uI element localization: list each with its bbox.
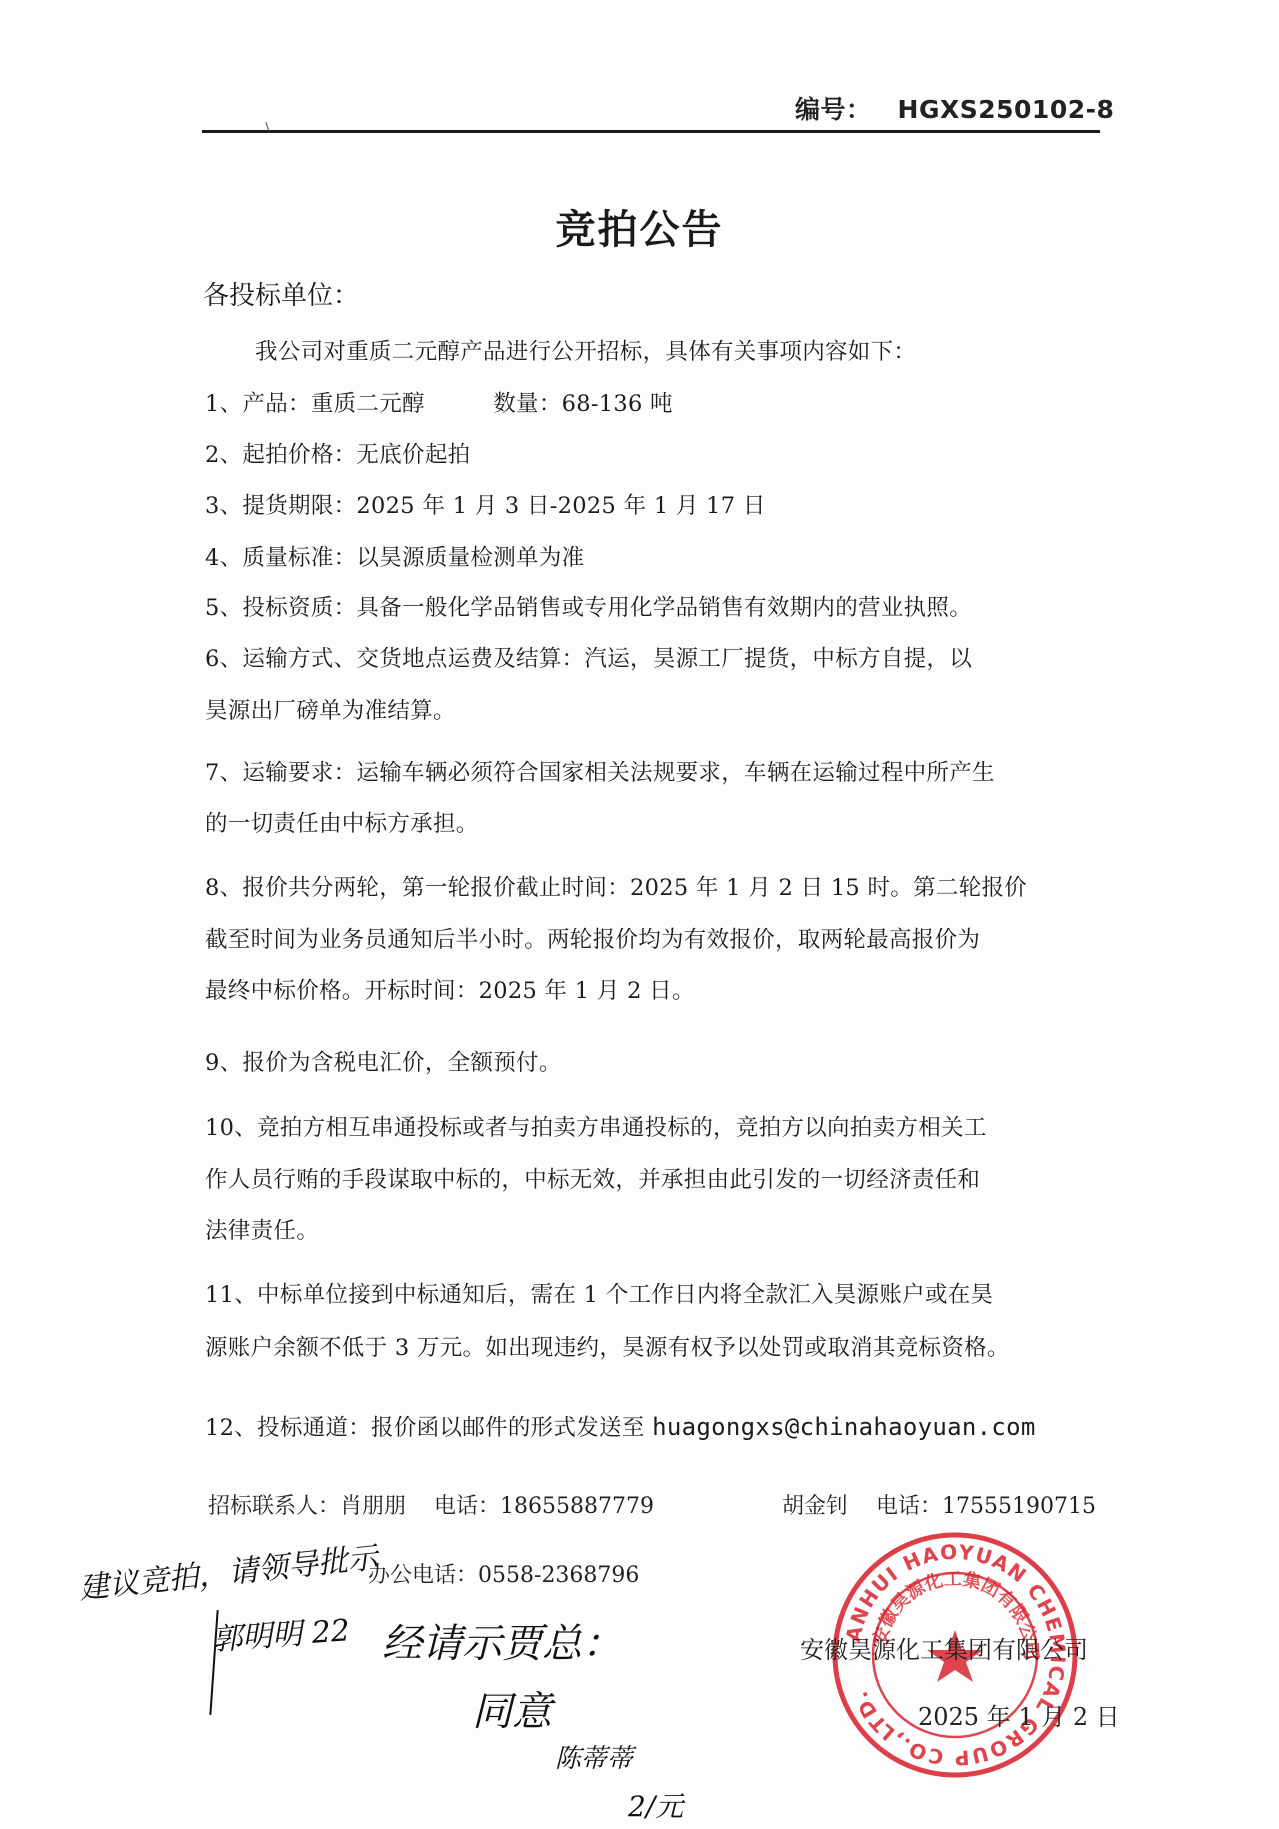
contact-label: 招标联系人：	[208, 1494, 340, 1519]
document-number-value: HGXS250102-8	[898, 95, 1115, 124]
handwritten-note-recommend: 建议竞拍，请领导批示	[77, 1532, 380, 1607]
contact-name: 胡金钊	[782, 1494, 848, 1519]
item-10-line: 作人员行贿的手段谋取中标的，中标无效，并承担由此引发的一切经济责任和	[205, 1162, 980, 1194]
document-number-label: 编号：	[795, 95, 872, 124]
handwritten-date-mark: 2/元	[628, 1785, 683, 1825]
item-7-line: 的一切责任由中标方承担。	[205, 806, 479, 838]
page-title: 竞拍公告	[0, 198, 1279, 255]
item-11-line: 源账户余额不低于 3 万元。如出现违约，昊源有权予以处罚或取消其竞标资格。	[205, 1330, 1010, 1362]
office-phone-value: 0558-2368796	[478, 1563, 639, 1588]
company-name: 安徽昊源化工集团有限公司	[800, 1630, 1088, 1665]
handwritten-signature-2: 陈蒂蒂	[555, 1738, 633, 1775]
phone-label: 电话：	[876, 1494, 942, 1519]
handwritten-signature-1: 郭明明 22	[211, 1605, 351, 1658]
item-6-line: 昊源出厂磅单为准结算。	[205, 693, 456, 725]
item-8-line: 最终中标价格。开标时间：2025 年 1 月 2 日。	[205, 973, 695, 1005]
item-2-line: 2、起拍价格：无底价起拍	[205, 437, 470, 469]
item-9-line: 9、报价为含税电汇价，全额预付。	[205, 1045, 562, 1077]
item-12-text: 12、投标通道：报价函以邮件的形式发送至	[205, 1415, 652, 1441]
item-12: 12、投标通道：报价函以邮件的形式发送至 huagongxs@chinahaoy…	[205, 1410, 1036, 1442]
item-3-line: 3、提货期限：2025 年 1 月 3 日-2025 年 1 月 17 日	[205, 488, 766, 520]
bid-email-link[interactable]: huagongxs@chinahaoyuan.com	[652, 1413, 1035, 1441]
office-phone: 办公电话：0558-2368796	[368, 1558, 639, 1589]
item-8-line: 8、报价共分两轮，第一轮报价截止时间：2025 年 1 月 2 日 15 时。第…	[205, 870, 1027, 902]
item-1-line: 1、产品：重质二元醇 数量：68-136 吨	[205, 386, 673, 418]
office-phone-label: 办公电话：	[368, 1563, 478, 1588]
item-10-line: 10、竞拍方相互串通投标或者与拍卖方串通投标的，竞拍方以向拍卖方相关工	[205, 1110, 987, 1142]
item-6-line: 6、运输方式、交货地点运费及结算：汽运，昊源工厂提货，中标方自提，以	[205, 641, 972, 673]
phone-label: 电话：	[434, 1494, 500, 1519]
handwritten-approval: 同意	[472, 1680, 552, 1737]
contact-phone: 17555190715	[942, 1494, 1096, 1519]
issue-date: 2025 年 1 月 2 日	[918, 1697, 1120, 1732]
item-8-line: 截至时间为业务员通知后半小时。两轮报价均为有效报价，取两轮最高报价为	[205, 922, 980, 954]
handwritten-note-instruction: 经请示贾总：	[382, 1612, 622, 1669]
contact-phone: 18655887779	[500, 1494, 654, 1519]
item-11-line: 11、中标单位接到中标通知后，需在 1 个工作日内将全款汇入昊源账户或在昊	[205, 1277, 993, 1309]
salutation: 各投标单位：	[203, 275, 359, 312]
primary-contact: 招标联系人：肖朋朋电话：18655887779	[208, 1489, 654, 1520]
item-7-line: 7、运输要求：运输车辆必须符合国家相关法规要求，车辆在运输过程中所产生	[205, 755, 995, 787]
contact-name: 肖朋朋	[340, 1494, 406, 1519]
secondary-contact: 胡金钊电话：17555190715	[782, 1489, 1096, 1520]
header-rule	[202, 130, 1100, 133]
document-number: 编号：HGXS250102-8	[795, 90, 1114, 126]
intro-paragraph: 我公司对重质二元醇产品进行公开招标，具体有关事项内容如下：	[255, 334, 916, 366]
item-10-line: 法律责任。	[205, 1213, 319, 1245]
item-5-line: 5、投标资质：具备一般化学品销售或专用化学品销售有效期内的营业执照。	[205, 590, 972, 622]
item-4-line: 4、质量标准：以昊源质量检测单为准	[205, 540, 584, 572]
